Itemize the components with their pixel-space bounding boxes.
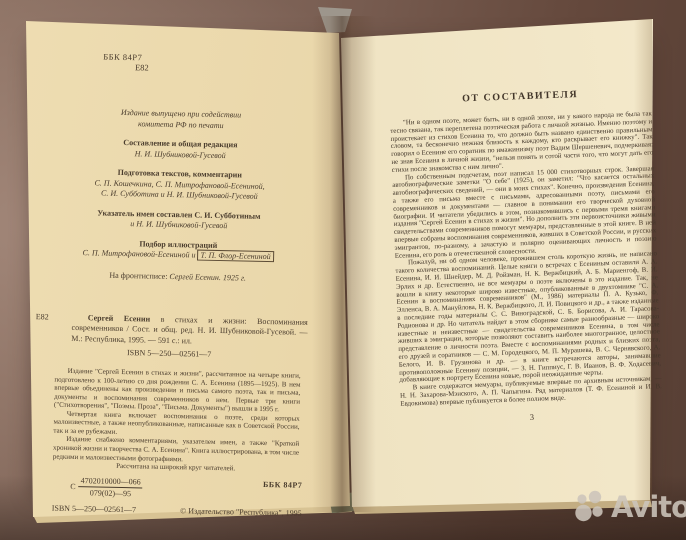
series-fraction: 4702010000—066 079(02)—95 <box>78 476 142 498</box>
frontispiece-note: На фронтисписе: Сергей Есенин. 1925 г. <box>25 269 331 284</box>
catalog-code: Е82 <box>23 312 72 344</box>
preparation-credit: Подготовка текстов, комментарии С. П. Ко… <box>26 166 333 204</box>
isbn-row: ISBN 5—250—02561—7 © Издательство "Респу… <box>52 503 302 517</box>
support-note: Издание выпущено при содействии комитета… <box>28 106 334 133</box>
right-page-content: ОТ СОСТАВИТЕЛЯ "Ни в одном поэте, может … <box>389 86 663 427</box>
chapter-body: "Ни в одном поэте, может быть, ни в одно… <box>390 110 662 408</box>
bbk-bottom: ББК 84Р7 <box>263 480 302 490</box>
imprint-block: С 4702010000—066 079(02)—95 ББК 84Р7 ISB… <box>20 474 327 517</box>
left-page-content: ББК 84Р7 Е82 Издание выпущено при содейс… <box>20 20 336 526</box>
frontispiece-value: Сергей Есенин. 1925 г. <box>169 272 246 283</box>
annotation-paragraph: Издание снабжено комментариями, указател… <box>53 435 299 466</box>
body-paragraph: По собственным подсчетам, поэт написал 1… <box>392 165 657 260</box>
page-number: 3 <box>401 408 663 428</box>
body-paragraph: "Ни в одном поэте, может быть, ни в одно… <box>390 110 654 174</box>
isbn-bottom: ISBN 5—250—02561—7 <box>52 503 136 514</box>
illustrations-names-prefix: С. П. Митрофановой-Есениной и <box>82 249 197 260</box>
catalog-text: Сергей Есенин в стихах и жизни: Воспомин… <box>71 313 308 349</box>
copyright-note: © Издательство "Республика", 1995 <box>180 506 302 518</box>
series-row: С 4702010000—066 079(02)—95 ББК 84Р7 <box>52 475 302 501</box>
chapter-title: ОТ СОСТАВИТЕЛЯ <box>389 86 651 107</box>
body-paragraph: Пожалуй, ни об одном человеке, прожившем… <box>395 251 661 385</box>
illustrations-name-boxed: Т. П. Флор-Есениной <box>197 250 273 263</box>
index-credit: Указатель имен составлен С. И. Субботины… <box>26 207 332 234</box>
avito-logo-icon <box>574 490 608 524</box>
annotation-block: Издание "Сергей Есенин в стихах и жизни"… <box>21 366 329 475</box>
annotation-paragraph: Издание "Сергей Есенин в стихах и жизни"… <box>54 367 301 415</box>
catalog-entry: Е82 Сергей Есенин в стихах и жизни: Восп… <box>23 312 330 350</box>
credits-block: Издание выпущено при содействии комитета… <box>25 106 334 264</box>
isbn-catalog: ISBN 5—250—02561—7 <box>127 348 329 361</box>
series-letter: С <box>70 482 76 491</box>
series-number: С 4702010000—066 079(02)—95 <box>70 476 143 499</box>
illustrations-credit: Подбор иллюстраций С. П. Митрофановой-Ес… <box>25 237 331 264</box>
frontispiece-label: На фронтисписе: <box>109 271 169 281</box>
series-denominator: 079(02)—95 <box>78 487 142 498</box>
catalog-title: Сергей Есенин <box>88 313 151 323</box>
avito-wordmark: Avito <box>611 490 686 524</box>
avito-watermark: Avito <box>574 490 686 524</box>
book-photo: ББК 84Р7 Е82 Издание выпущено при содейс… <box>0 0 686 540</box>
editing-credit: Составление и общая редакция Н. И. Шубни… <box>27 136 333 163</box>
